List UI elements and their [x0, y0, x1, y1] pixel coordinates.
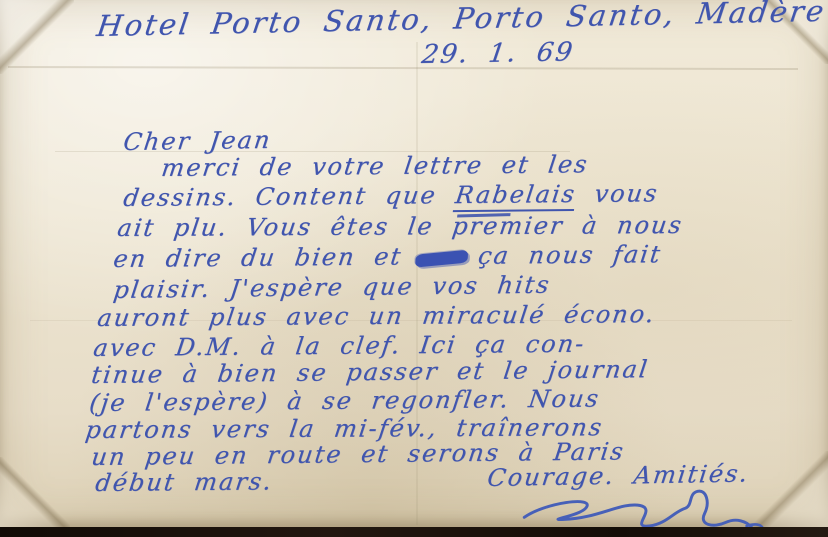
letter-line-text: en dire du bien et: [112, 242, 404, 273]
underlined-word: Rabelais: [453, 180, 578, 212]
ink-blot-scribble: [415, 250, 468, 268]
album-page-edge: [0, 527, 828, 537]
letter-line: tinue à bien se passer et le journal: [90, 357, 650, 387]
letter-line: merci de votre lettre et les: [160, 152, 590, 180]
letter-line: auront plus avec un miraculé écono.: [96, 302, 657, 330]
postcard-scan: Hotel Porto Santo, Porto Santo, Madère 2…: [0, 0, 828, 537]
letter-line: en dire du bien etça nous fait: [112, 242, 663, 271]
salutation-line: Cher Jean: [122, 128, 273, 154]
date-line: 29. 1. 69: [420, 39, 576, 68]
letter-line: plaisir. J'espère que vos hits: [112, 273, 552, 302]
letter-line-text: dessins. Content que: [122, 181, 439, 212]
letter-line: (je l'espère) à se regonfler. Nous: [88, 387, 602, 415]
letter-line: ait plu. Vous êtes le premier à nous: [116, 213, 685, 240]
letter-line-text: vous: [593, 179, 661, 208]
letter-line: début mars.: [94, 469, 275, 495]
letter-line: dessins. Content que Rabelais vous: [122, 181, 660, 210]
letter-line-text: ça nous fait: [476, 240, 663, 270]
